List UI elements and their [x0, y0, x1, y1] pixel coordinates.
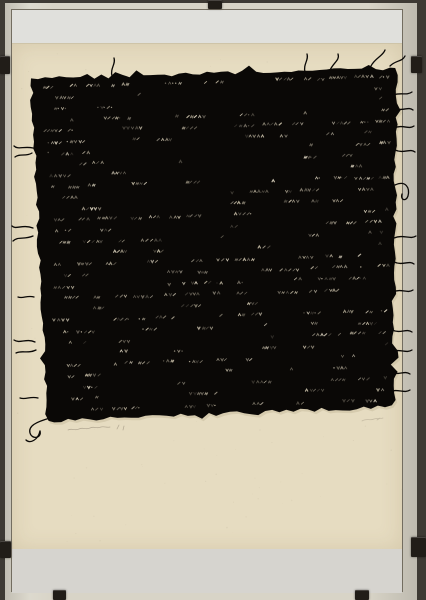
frame-clip-left-lower — [0, 541, 11, 558]
frame-clip-right-upper — [411, 56, 422, 73]
frame-clip-top-center — [208, 0, 222, 9]
frame-clip-bottom-left — [53, 590, 66, 600]
frame-clip-left-upper — [0, 56, 10, 74]
framed-artwork-photo — [0, 0, 426, 600]
frame-clip-bottom-right — [355, 590, 369, 600]
frame-clip-right-lower — [411, 537, 426, 557]
artist-inscription-bottom-right — [362, 418, 383, 421]
textile-artwork — [0, 0, 426, 600]
artist-inscription-bottom-left — [68, 425, 124, 430]
fabric-square — [30, 65, 400, 422]
